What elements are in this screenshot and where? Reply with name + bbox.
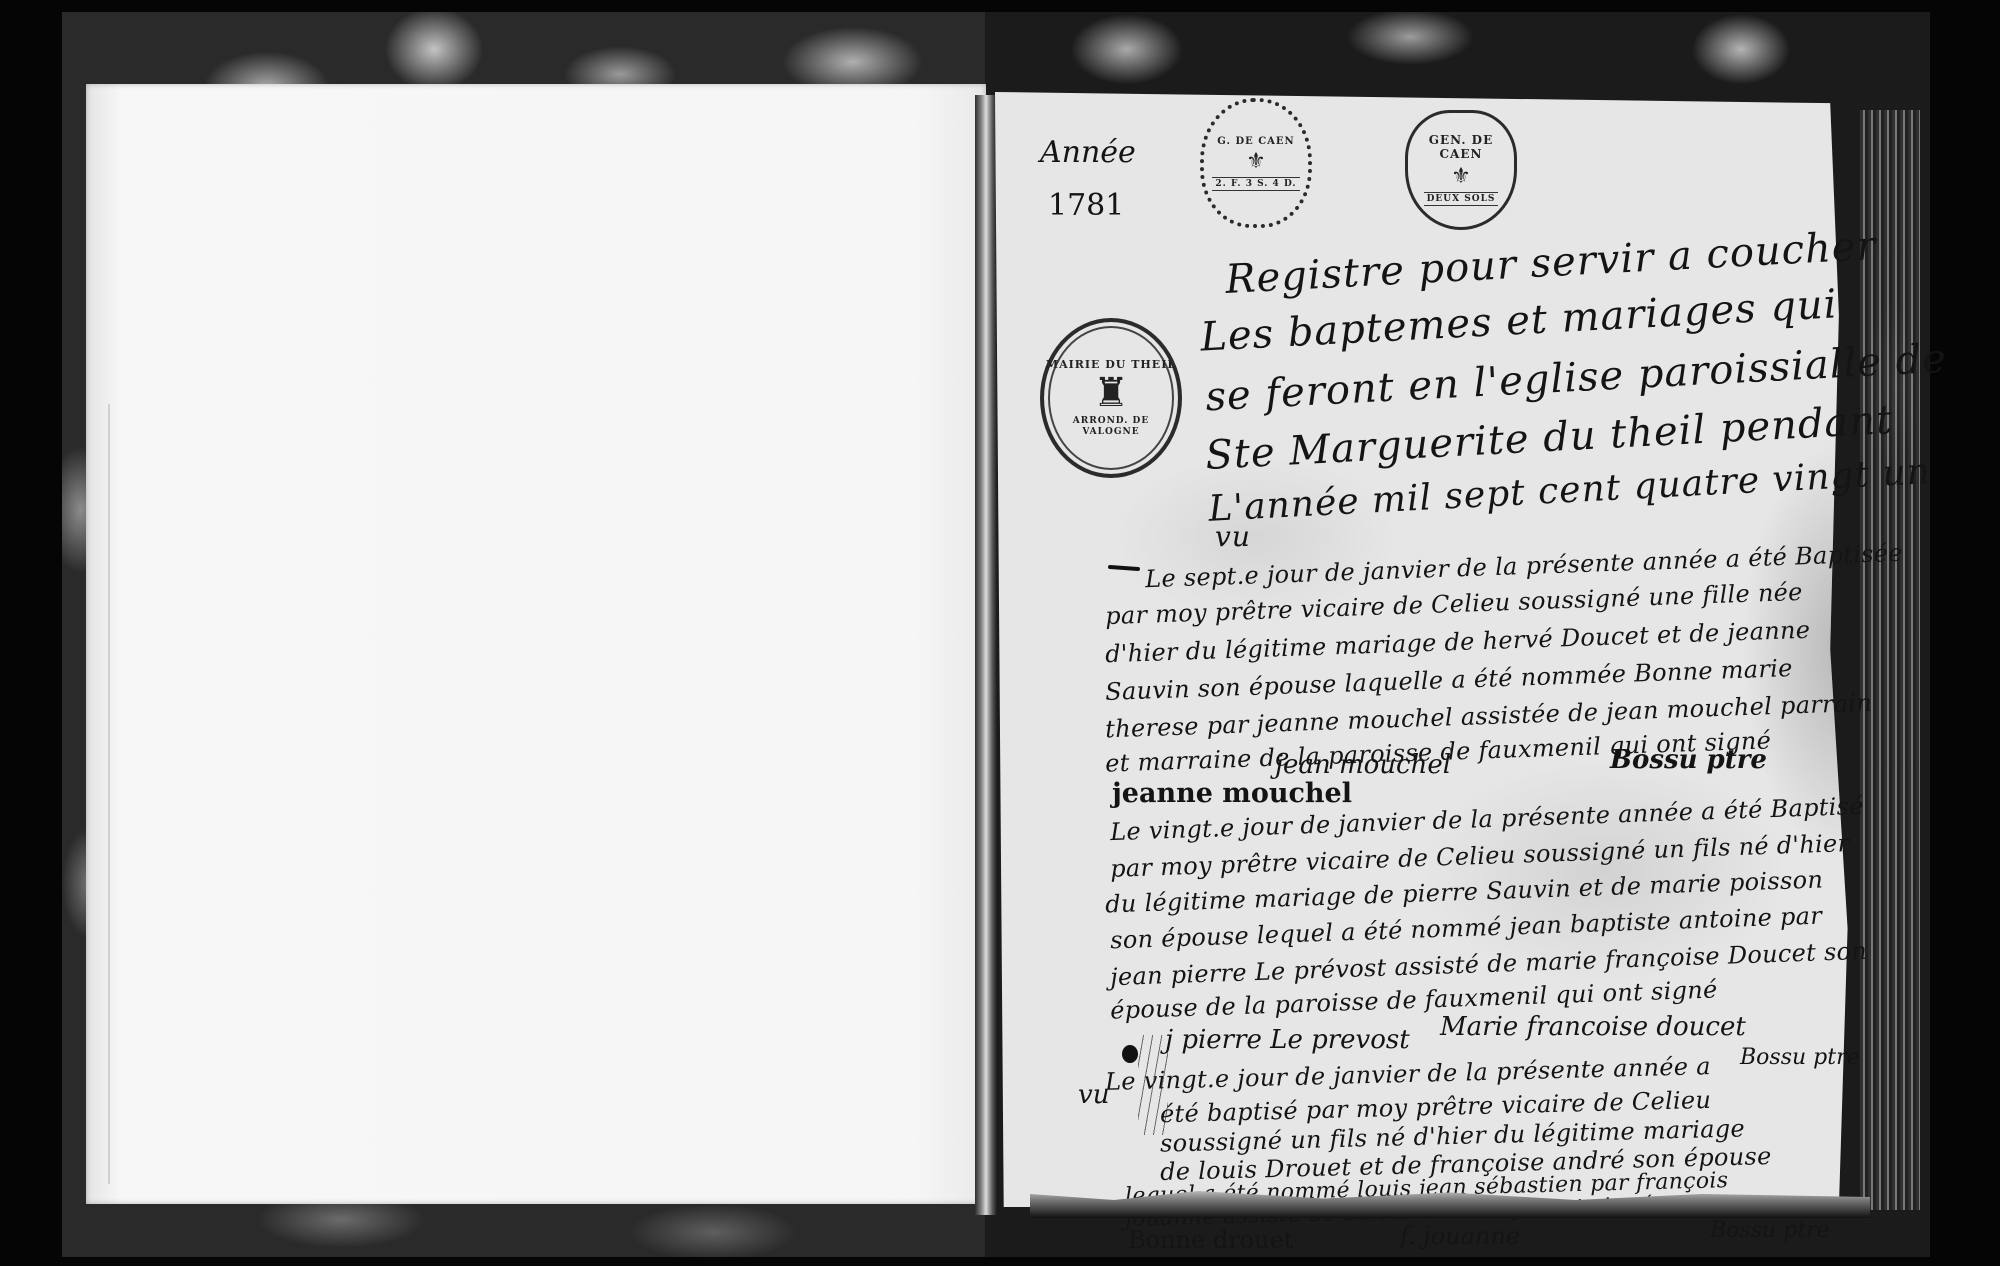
fiscal-stamp-caen: G. DE CAEN ⚜ 2. F. 3 S. 4 D.: [1200, 98, 1312, 228]
margin-note-year: 1781: [1048, 188, 1124, 223]
ink-blot: [1122, 1045, 1138, 1063]
stamp-text-bottom: DEUX SOLS: [1424, 192, 1499, 206]
margin-strokes: [1138, 1035, 1168, 1135]
signature: Bossu ptre: [1610, 745, 1767, 775]
fleur-de-lis-icon: ⚜: [1451, 166, 1471, 188]
signature: Bonne drouet: [1128, 1226, 1293, 1254]
signature: Marie francoise doucet: [1440, 1012, 1746, 1042]
stamp-text-top: GEN. DE CAEN: [1408, 134, 1514, 162]
margin-note-label: Année: [1040, 135, 1136, 170]
book-spine: [975, 95, 997, 1215]
signature: j pierre Le prevost: [1165, 1025, 1410, 1055]
fiscal-stamp-generalite: GEN. DE CAEN ⚜ DEUX SOLS: [1405, 110, 1517, 230]
signature: jeanne mouchel: [1112, 778, 1352, 809]
allegorical-figure-icon: ♜: [1093, 373, 1129, 413]
page-stack-edge: [1860, 110, 1920, 1210]
seal-text-bottom: ARROND. DE VALOGNE: [1044, 415, 1178, 439]
blank-left-page: [86, 84, 986, 1204]
torn-page-edge: [92, 404, 110, 1184]
signature: Bossu ptre: [1740, 1045, 1860, 1070]
title-line-6: vu: [1215, 520, 1251, 553]
mairie-seal: MAIRIE DU THEIL ♜ ARROND. DE VALOGNE: [1040, 318, 1182, 478]
margin-vu: vu: [1078, 1080, 1109, 1110]
signature: f. jouanne: [1400, 1222, 1520, 1250]
signature: jean mouchel: [1275, 750, 1451, 780]
stamp-text-bottom: 2. F. 3 S. 4 D.: [1212, 177, 1299, 191]
stamp-text-top: G. DE CAEN: [1217, 136, 1294, 147]
seal-text-ring: MAIRIE DU THEIL: [1046, 358, 1176, 371]
fleur-de-lis-icon: ⚜: [1246, 151, 1266, 173]
signature: Bossu ptre: [1710, 1218, 1830, 1243]
